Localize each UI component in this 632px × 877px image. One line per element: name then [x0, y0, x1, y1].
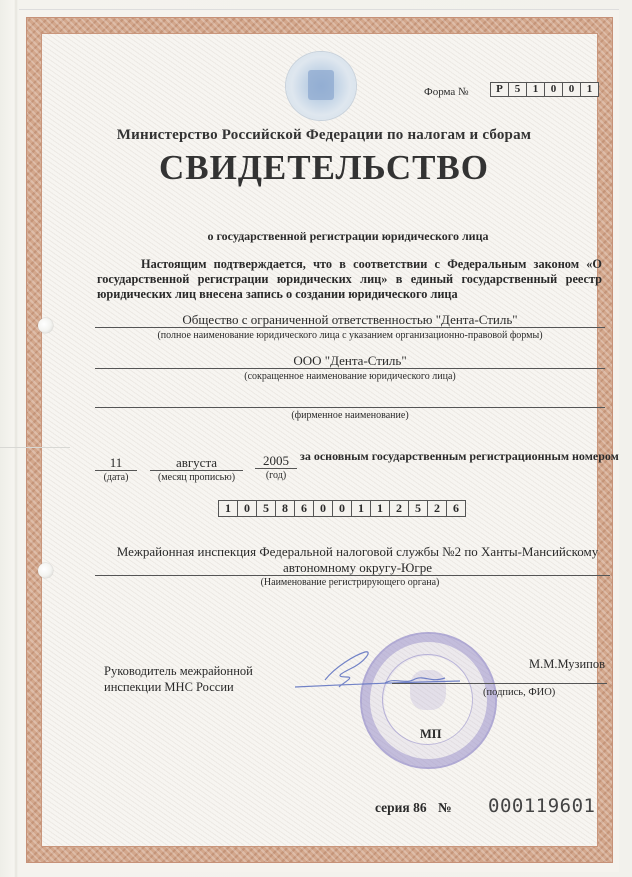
ogrn-digit: 0: [333, 500, 352, 517]
handwritten-signature-icon: [295, 647, 465, 697]
number-sign: №: [438, 800, 452, 815]
form-number-label: Форма №: [424, 86, 469, 98]
signer-role: Руководитель межрайонной инспекции МНС Р…: [104, 663, 253, 695]
document-subtitle: о государственной регистрации юридическо…: [98, 229, 598, 244]
ogrn-digit: 1: [371, 500, 390, 517]
form-code-char: Р: [490, 82, 509, 97]
registration-day: 11: [95, 455, 137, 471]
intro-paragraph: Настоящим подтверждается, что в соответс…: [97, 257, 602, 302]
month-line: [150, 470, 243, 471]
punch-hole-top: [38, 318, 53, 333]
role-line-2: инспекции МНС России: [104, 679, 253, 695]
day-line: [95, 470, 137, 471]
ogrn-digit: 2: [428, 500, 447, 517]
seal-label: МП: [420, 727, 442, 742]
ogrn-digit: 2: [390, 500, 409, 517]
full-name-line: [95, 327, 605, 328]
ogrn-digit: 8: [276, 500, 295, 517]
form-number-boxes: Р 5 1 0 0 1: [490, 82, 599, 97]
fold-line: [0, 447, 70, 448]
form-code-char: 0: [545, 82, 563, 97]
registration-month: августа: [150, 455, 243, 471]
ministry-heading: Министерство Российской Федерации по нал…: [98, 127, 550, 144]
series-label: серия: [375, 800, 410, 815]
authority-line-1: Межрайонная инспекция Федеральной налого…: [95, 544, 620, 560]
short-name-value: ООО "Дента-Стиль": [95, 353, 605, 369]
brand-name-line: [95, 407, 605, 408]
ogrn-digit: 0: [238, 500, 257, 517]
authority-name: Межрайонная инспекция Федеральной налого…: [95, 544, 620, 576]
intro-text: Настоящим подтверждается, что в соответс…: [97, 257, 602, 301]
form-code-char: 1: [527, 82, 545, 97]
full-name-value: Общество с ограниченной ответственностью…: [95, 312, 605, 328]
brand-name-caption: (фирменное наименование): [95, 410, 605, 421]
year-caption: (год): [255, 470, 297, 481]
ogrn-digit: 6: [295, 500, 314, 517]
series-block: серия 86 №: [375, 800, 452, 816]
ogrn-digit: 1: [218, 500, 238, 517]
signer-name: М.М.Музипов: [529, 657, 605, 672]
form-code-char: 1: [581, 82, 599, 97]
registration-year: 2005: [255, 453, 297, 469]
form-code-char: 5: [509, 82, 527, 97]
signature-caption: (подпись, ФИО): [483, 687, 555, 698]
authority-line-2: автономному округу-Югре: [95, 560, 620, 576]
hologram-emblem-icon: [286, 52, 356, 120]
punch-hole-bottom: [38, 563, 53, 578]
short-name-caption: (сокращенное наименование юридического л…: [95, 371, 605, 382]
authority-caption: (Наименование регистрирующего органа): [95, 577, 605, 588]
serial-number: 000119601: [488, 795, 595, 817]
ogrn-digit: 5: [257, 500, 276, 517]
short-name-line: [95, 368, 605, 369]
full-name-caption: (полное наименование юридического лица с…: [95, 330, 605, 341]
ogrn-digit: 1: [352, 500, 371, 517]
ogrn-digit: 5: [409, 500, 428, 517]
authority-line: [95, 575, 610, 576]
form-code-char: 0: [563, 82, 581, 97]
series-value: 86: [413, 800, 427, 815]
role-line-1: Руководитель межрайонной: [104, 663, 253, 679]
document-title: СВИДЕТЕЛЬСТВО: [98, 148, 550, 188]
year-line: [255, 468, 297, 469]
ogrn-boxes: 1 0 5 8 6 0 0 1 1 2 5 2 6: [218, 500, 466, 517]
ogrn-digit: 6: [447, 500, 466, 517]
month-caption: (месяц прописью): [150, 472, 243, 483]
ogrn-digit: 0: [314, 500, 333, 517]
ogrn-label: за основным государственным регистрацион…: [300, 449, 619, 464]
signature-line: [392, 683, 607, 684]
day-caption: (дата): [95, 472, 137, 483]
